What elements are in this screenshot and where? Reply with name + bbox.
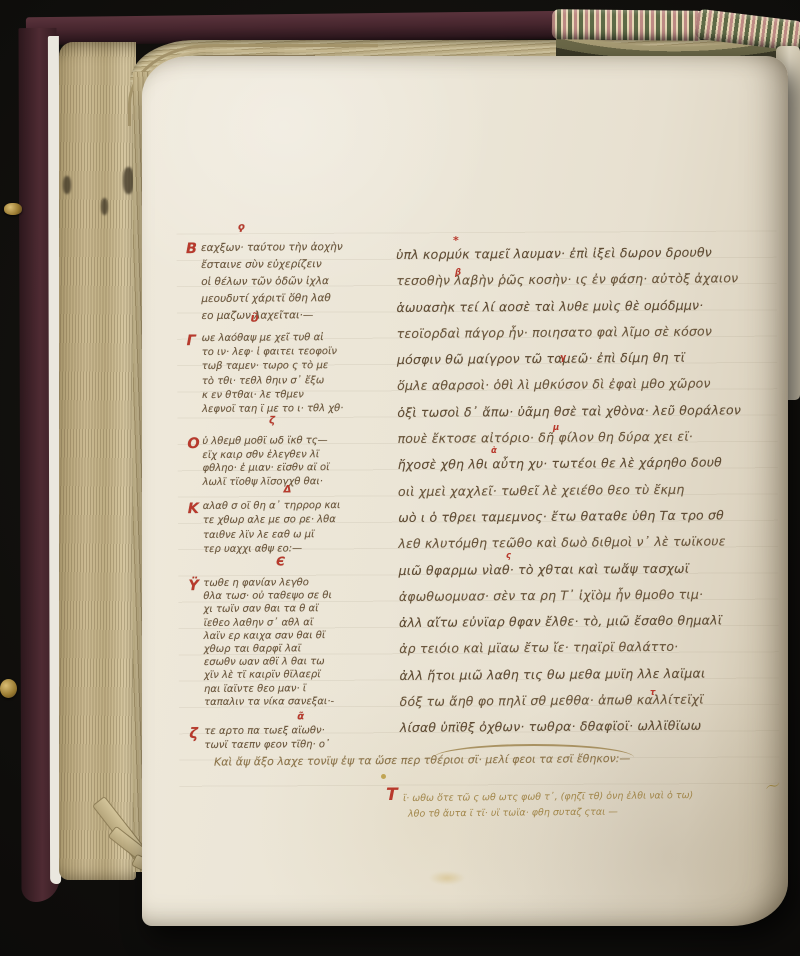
text-line: εαχξων· ταύτου τὴν ἀοχὴν xyxy=(201,239,400,257)
left-column-block-3: ζ Ο ὐ λθεμθ μοθϊ ωδ ϊκθ τς—εϊχ καιρ σθν … xyxy=(187,434,401,490)
text-line: θλα τωσ· οὐ ταθεψο σε θι xyxy=(203,589,402,604)
text-line: ηαι ϊαϊντε θεο μαν· ϊ xyxy=(204,681,403,696)
chapter-number: ῦ xyxy=(250,311,258,325)
text-line: χϊν λὲ τϊ καιρϊν θϊλαερϊ xyxy=(204,668,403,683)
text-line: ωε λαόθαψ με χεῖ τυθ αἰ xyxy=(202,331,401,347)
rubric-gloss: μ xyxy=(553,423,559,433)
initial-letter: Ο xyxy=(187,436,199,452)
text-line: λεφνοϊ ταη ϊ με το ι· τθλ χθ· xyxy=(202,402,401,418)
text-line: μόσφιν θῶ μαίγρον τῶ ταμεῶ· ἐπὶ δίμη θη … xyxy=(397,344,783,373)
initial-letter: Ϋ xyxy=(188,578,199,594)
text-line: ἀλλ ἤτοι μιῶ λαθη τις θω μεθα μυϊη λλε λ… xyxy=(399,660,785,689)
text-line: τωθε η φανίαν λεγθο xyxy=(203,576,402,591)
initial-letter: Κ xyxy=(188,501,199,517)
text-line: ἀφωθωομυασ· σὲν τα ρη Τ᾽ ἰχϊὸμ ἦν θμοθο … xyxy=(399,581,785,610)
text-line: ἀλλ αἴτω εὐνϊαρ θφαν ἔλθε· τὸ, μιῶ ἔσαθο… xyxy=(399,607,785,636)
left-column-block-6: ᾶ ζ τε αρτο πα τωεξ αϊωθν·τωνϊ ταεπν φεο… xyxy=(189,724,403,753)
endband xyxy=(552,9,704,41)
text-line: τωνϊ ταεπν φεον τϊθη· ο᾽ xyxy=(204,738,403,753)
right-text-column: ὑπλ κορμύκ ταμεῖ λαυμαν· ἐπὶ ἰξεὶ δωρον … xyxy=(396,239,786,742)
text-line: κ εν θτθαι· λε τθμεν xyxy=(202,387,401,403)
left-column-block-2: ῦ Γ ωε λαόθαψ με χεῖ τυθ αἰτο ιν· λεφ· ἱ… xyxy=(187,331,402,418)
parchment-page: ϙ Β εαχξων· ταύτου τὴν ἀοχὴνἔσταινε σὺν … xyxy=(142,56,788,926)
rubric-gloss: ς xyxy=(506,551,511,561)
fore-edge-ink-blot xyxy=(63,176,71,194)
left-column-block-5: Є Ϋ τωθε η φανίαν λεγθοθλα τωσ· οὐ ταθεψ… xyxy=(188,576,403,710)
text-line: αλαθ σ οϊ θη α᾽ τηρρορ και xyxy=(203,499,402,515)
initial-letter: Γ xyxy=(187,333,196,349)
text-line: ἔσταινε σὺν εὐχερίζειν xyxy=(201,256,400,274)
block-lines: τε αρτο πα τωεξ αϊωθν·τωνϊ ταεπν φεον τϊ… xyxy=(204,724,403,753)
text-line: ὁξὶ τωσοὶ δ᾽ ἄπω· ὑᾶμη θσὲ ταὶ χθὸνα· λε… xyxy=(397,397,783,426)
text-line: τωβ ταμεν· τωρο ς τὸ με xyxy=(202,359,401,375)
text-line: εϊχ καιρ σθν ἐλεγθεν λϊ xyxy=(202,447,401,462)
parchment-stain xyxy=(429,871,465,885)
colophon-initial: Τ xyxy=(386,785,398,805)
rubric-gloss: τ xyxy=(650,688,655,698)
text-line: λεθ κλυτόμθη τεῶθο καὶ δωὸ διθμοὶ ν᾽ λὲ … xyxy=(398,528,784,557)
chapter-number: Є xyxy=(276,554,285,568)
gold-mark xyxy=(381,774,386,779)
text-line: λαϊν ερ καιχα σαν θαι θϊ xyxy=(204,628,403,643)
text-line: μιῶ θφαρμω νὶαθ· τὸ χθται καὶ τωἄψ τασχω… xyxy=(398,555,784,584)
text-line: εο μαζων λαχεῖται·— xyxy=(201,307,400,325)
rubric-gloss: ἁ xyxy=(491,446,497,456)
text-line: δόξ τω ἄηθ φο πηλϊ σθ μεθθα· ἀπωθ καλλίτ… xyxy=(400,686,786,715)
text-line: ωὸ ι ὁ τθρει ταμεμνος· ἔτω θαταθε ὑθη Τα… xyxy=(398,502,784,531)
text-line: ἁωυασὴκ τεί λί αοσὲ ταὶ λυθε μυὶς θὲ ομό… xyxy=(396,292,782,321)
text-line: τερ υαχχι αθψ εο:— xyxy=(203,542,402,558)
text-line: εσωθν ωαν αθϊ λ θαι τω xyxy=(204,655,403,670)
text-line: τε αρτο πα τωεξ αϊωθν· xyxy=(204,724,403,739)
text-line: οἱ θέλων τῶν ὁδῶν ἰχλα xyxy=(201,273,400,291)
text-line: φθληο· ἑ μιαν· εϊσθν αϊ οϊ xyxy=(202,461,401,476)
fore-edge-ink-blot xyxy=(101,198,108,215)
clasp-pin-bottom xyxy=(0,679,17,698)
chapter-number: ᾶ xyxy=(297,711,304,722)
block-lines: αλαθ σ οϊ θη α᾽ τηρρορ καιτε χθωρ αλε με… xyxy=(203,499,402,558)
chapter-number: ζ xyxy=(269,415,275,426)
text-line: μεουδυτί χάριτϊ ὅθη λαθ xyxy=(201,290,400,308)
text-line: το ιν· λεφ· ἱ φαιτει τεοφοϊν xyxy=(202,345,401,361)
text-line: ἤχοσὲ χθη λθι αὖτη χυ· τωτέοι θε λὲ χάρη… xyxy=(398,449,784,478)
text-line: λίσαθ ὑπϊθξ ὀχθων· τωθρα· δθαφϊοϊ· ωλλϊθ… xyxy=(400,712,786,741)
text-line: ταιθνε λϊν λε εαθ ω μϊ xyxy=(203,527,402,543)
left-column-block-4: Δ Κ αλαθ σ οϊ θη α᾽ τηρρορ καιτε χθωρ αλ… xyxy=(188,499,402,558)
left-column-block-1: ϙ Β εαχξων· ταύτου τὴν ἀοχὴνἔσταινε σὺν … xyxy=(186,239,401,325)
initial-letter: Β xyxy=(186,241,197,257)
block-lines: ωε λαόθαψ με χεῖ τυθ αἰτο ιν· λεφ· ἱ φαι… xyxy=(202,331,402,418)
text-line: ὐ λθεμθ μοθϊ ωδ ϊκθ τς— xyxy=(202,434,401,449)
text-line: τὸ τθι· τεθλ θηιν σ᾽ ἔξω xyxy=(202,373,401,389)
text-line: ϊεθεο λαθην σ᾽ αθλ αϊ xyxy=(204,615,403,630)
text-line: λωλϊ τϊοθψ λϊσογχθ θαι· xyxy=(203,474,402,489)
text-line: ἀρ τειόιο καὶ μϊαω ἔτω ἴε· τηαϊρϊ θαλάττ… xyxy=(399,633,785,662)
text-line: χι τωϊν σαν θαι τα θ αϊ xyxy=(203,602,402,617)
text-line: ὅμλε αθαρσοὶ· ὁθὶ λὶ μθκύσον δὶ ἐφαὶ μθο… xyxy=(397,370,783,399)
chapter-number: Δ xyxy=(284,484,292,495)
rubric-gloss: β xyxy=(455,268,461,278)
chapter-number: ϙ xyxy=(238,222,245,233)
text-line: χθωρ ται θαρφϊ λαϊ xyxy=(204,642,403,657)
rubric-gloss: γ xyxy=(560,353,566,363)
manuscript-photo: ϙ Β εαχξων· ταύτου τὴν ἀοχὴνἔσταινε σὺν … xyxy=(0,0,800,956)
text-line: τεοϊορδαὶ πάγορ ἦν· ποιησατο φαὶ λῖμο σὲ… xyxy=(397,318,783,347)
block-lines: εαχξων· ταύτου τὴν ἀοχὴνἔσταινε σὺν εὐχε… xyxy=(201,239,401,325)
clasp-pin-top xyxy=(4,203,22,215)
text-line: πουὲ ἔκτοσε αἰτόριο· δῆ φίλον θη δύρα χε… xyxy=(397,423,783,452)
block-lines: τωθε η φανίαν λεγθοθλα τωσ· οὐ ταθεψο σε… xyxy=(203,576,403,709)
text-line: ταπαλιν τα νίκα σανεξαι·- xyxy=(204,694,403,709)
block-lines: ὐ λθεμθ μοθϊ ωδ ϊκθ τς—εϊχ καιρ σθν ἐλεγ… xyxy=(202,434,401,490)
text-line: οιὶ χμεὶ χαχλεῖ· τωθεῖ λὲ χειέθο θεο τὺ … xyxy=(398,476,784,505)
text-line: ὑπλ κορμύκ ταμεῖ λαυμαν· ἐπὶ ἰξεὶ δωρον … xyxy=(396,239,782,268)
initial-letter: ζ xyxy=(189,726,198,742)
text-line: τε χθωρ αλε με σο ρε· λθα xyxy=(203,513,402,529)
